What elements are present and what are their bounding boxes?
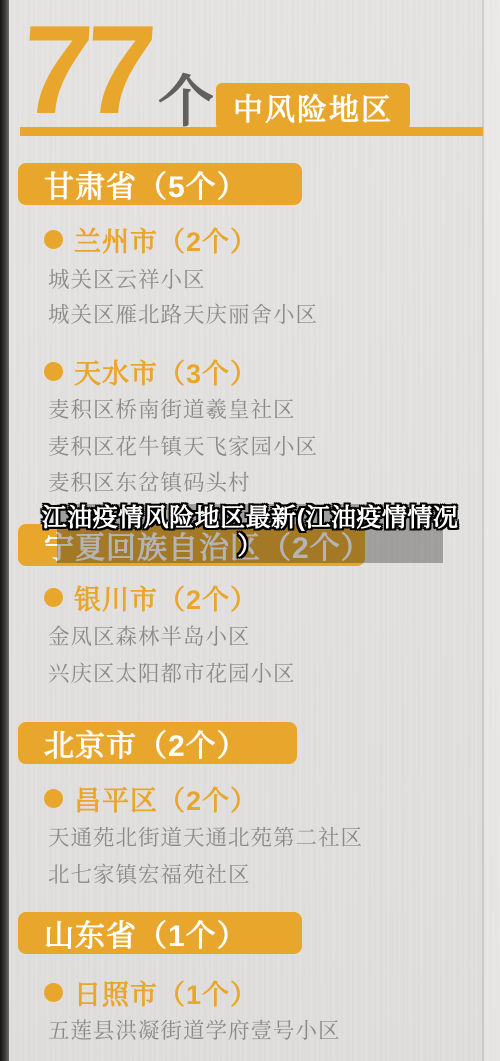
- area-item: 五莲县洪凝街道学府壹号小区: [48, 1014, 341, 1045]
- area-item: 城关区雁北路天庆丽舍小区: [48, 298, 318, 329]
- city-header-yinchuan: 银川市（2个）: [44, 578, 258, 617]
- city-name: 兰州市（2个）: [74, 220, 258, 259]
- area-item: 兴庆区太阳都市花园小区: [48, 657, 296, 688]
- area-item: 天通苑北街道天通北苑第二社区: [48, 821, 363, 852]
- city-header-lanzhou: 兰州市（2个）: [44, 220, 258, 259]
- watermark-overlay: 江油疫情风险地区最新(江油疫情情况 ）: [57, 504, 443, 563]
- bullet-icon: [44, 230, 63, 249]
- count-unit-label: 个: [158, 72, 214, 132]
- medium-risk-badge: 中风险地区: [216, 83, 410, 130]
- watermark-title-line2: ）: [237, 532, 263, 560]
- bullet-icon: [44, 789, 63, 808]
- province-banner-beijing: 北京市（2个）: [18, 722, 297, 764]
- area-item: 麦积区花牛镇天飞家园小区: [48, 430, 318, 461]
- area-item: 北七家镇宏福苑社区: [48, 858, 251, 889]
- city-header-changping: 昌平区（2个）: [44, 779, 258, 818]
- province-banner-shandong: 山东省（1个）: [18, 912, 302, 954]
- header-underline: [20, 127, 483, 136]
- city-name: 银川市（2个）: [74, 578, 258, 617]
- area-item: 金凤区森林半岛小区: [48, 620, 251, 651]
- city-name: 日照市（1个）: [74, 973, 258, 1012]
- risk-area-infographic: 77 个 中风险地区 甘肃省（5个） 兰州市（2个） 城关区云祥小区 城关区雁北…: [0, 0, 500, 1061]
- area-item: 麦积区东岔镇码头村: [48, 466, 251, 497]
- bullet-icon: [44, 362, 63, 381]
- area-item: 城关区云祥小区: [48, 263, 206, 294]
- risk-area-count: 77: [18, 18, 151, 122]
- paper-right-strip: [484, 0, 500, 1061]
- city-name: 昌平区（2个）: [74, 779, 258, 818]
- bullet-icon: [44, 983, 63, 1002]
- area-item: 麦积区桥南街道羲皇社区: [48, 393, 296, 424]
- left-edge-shadow: [0, 0, 9, 1061]
- province-banner-gansu: 甘肃省（5个）: [18, 163, 302, 205]
- bullet-icon: [44, 588, 63, 607]
- city-header-rizhao: 日照市（1个）: [44, 973, 258, 1012]
- watermark-title-line1: 江油疫情风险地区最新(江油疫情情况: [42, 504, 459, 532]
- city-name: 天水市（3个）: [74, 352, 258, 391]
- city-header-tianshui: 天水市（3个）: [44, 352, 258, 391]
